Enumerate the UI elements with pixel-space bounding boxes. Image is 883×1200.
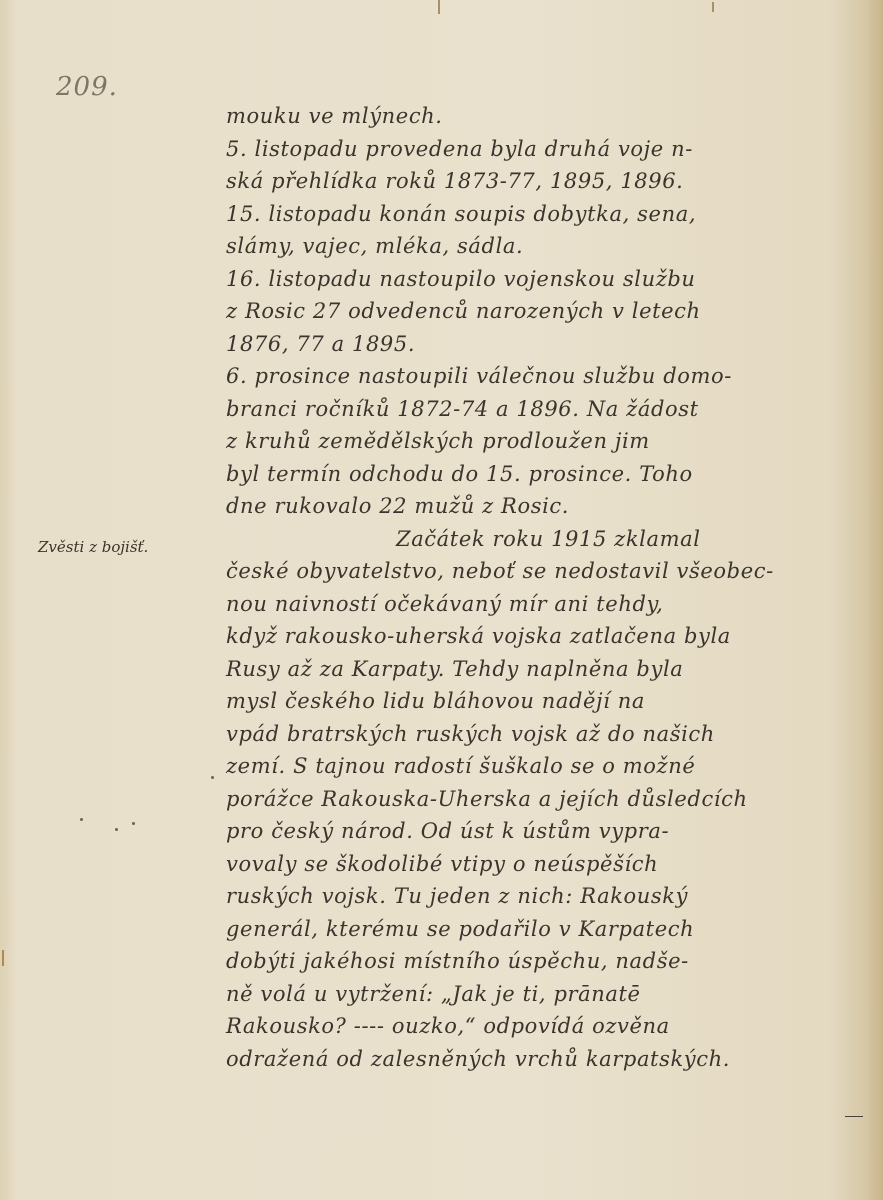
text-line: dne rukovalo 22 mužů z Rosic.: [226, 490, 876, 523]
binding-mark: [438, 0, 440, 14]
edge-mark: [2, 950, 4, 966]
text-line: 1876, 77 a 1895.: [226, 328, 876, 361]
binding-mark: [712, 2, 714, 12]
text-line: Rakousko? ---- ouzko,“ odpovídá ozvěna: [226, 1010, 876, 1043]
handwritten-text: mouku ve mlýnech. 5. listopadu provedena…: [226, 100, 876, 1075]
text-line: dobýti jakéhosi místního úspěchu, nadše-: [226, 945, 876, 978]
text-line: když rakousko-uherská vojska zatlačena b…: [226, 620, 876, 653]
text-line: Rusy až za Karpaty. Tehdy naplněna byla: [226, 653, 876, 686]
text-line: ská přehlídka roků 1873-77, 1895, 1896.: [226, 165, 876, 198]
ink-speck: [132, 822, 135, 825]
text-line: 15. listopadu konán soupis dobytka, sena…: [226, 198, 876, 231]
text-line: slámy, vajec, mléka, sádla.: [226, 230, 876, 263]
text-line: vovaly se škodolibé vtipy o neúspěších: [226, 848, 876, 881]
text-line: byl termín odchodu do 15. prosince. Toho: [226, 458, 876, 491]
text-line: branci ročníků 1872-74 a 1896. Na žádost: [226, 393, 876, 426]
text-line: 5. listopadu provedena byla druhá voje n…: [226, 133, 876, 166]
page-number: 209.: [56, 72, 118, 102]
text-line: 16. listopadu nastoupilo vojenskou služb…: [226, 263, 876, 296]
text-line: generál, kterému se podařilo v Karpatech: [226, 913, 876, 946]
text-line: ně volá u vytržení: „Jak je ti, prānatē: [226, 978, 876, 1011]
manuscript-page: 209. Zvěsti z bojišť. mouku ve mlýnech. …: [0, 0, 883, 1200]
text-line: zemí. S tajnou radostí šuškalo se o možn…: [226, 750, 876, 783]
text-line: české obyvatelstvo, neboť se nedostavil …: [226, 555, 876, 588]
text-line: pro český národ. Od úst k ústům vypra-: [226, 815, 876, 848]
text-line: nou naivností očekávaný mír ani tehdy,: [226, 588, 876, 621]
ink-speck: [80, 818, 83, 821]
paragraph-start-line: Začátek roku 1915 zklamal: [226, 523, 876, 556]
end-underline: [845, 1116, 863, 1117]
margin-note: Zvěsti z bojišť.: [38, 538, 148, 556]
text-line: ruských vojsk. Tu jeden z nich: Rakouský: [226, 880, 876, 913]
ink-speck: [115, 828, 118, 831]
text-line: z kruhů zemědělských prodloužen jim: [226, 425, 876, 458]
ink-speck: [211, 776, 214, 779]
text-line: odražená od zalesněných vrchů karpatskýc…: [226, 1043, 876, 1076]
text-line: porážce Rakouska-Uherska a jejích důsled…: [226, 783, 876, 816]
text-line: z Rosic 27 odvedenců narozených v letech: [226, 295, 876, 328]
text-line: mysl českého lidu bláhovou nadějí na: [226, 685, 876, 718]
text-line: 6. prosince nastoupili válečnou službu d…: [226, 360, 876, 393]
text-line: mouku ve mlýnech.: [226, 100, 876, 133]
text-line: vpád bratrských ruských vojsk až do naši…: [226, 718, 876, 751]
